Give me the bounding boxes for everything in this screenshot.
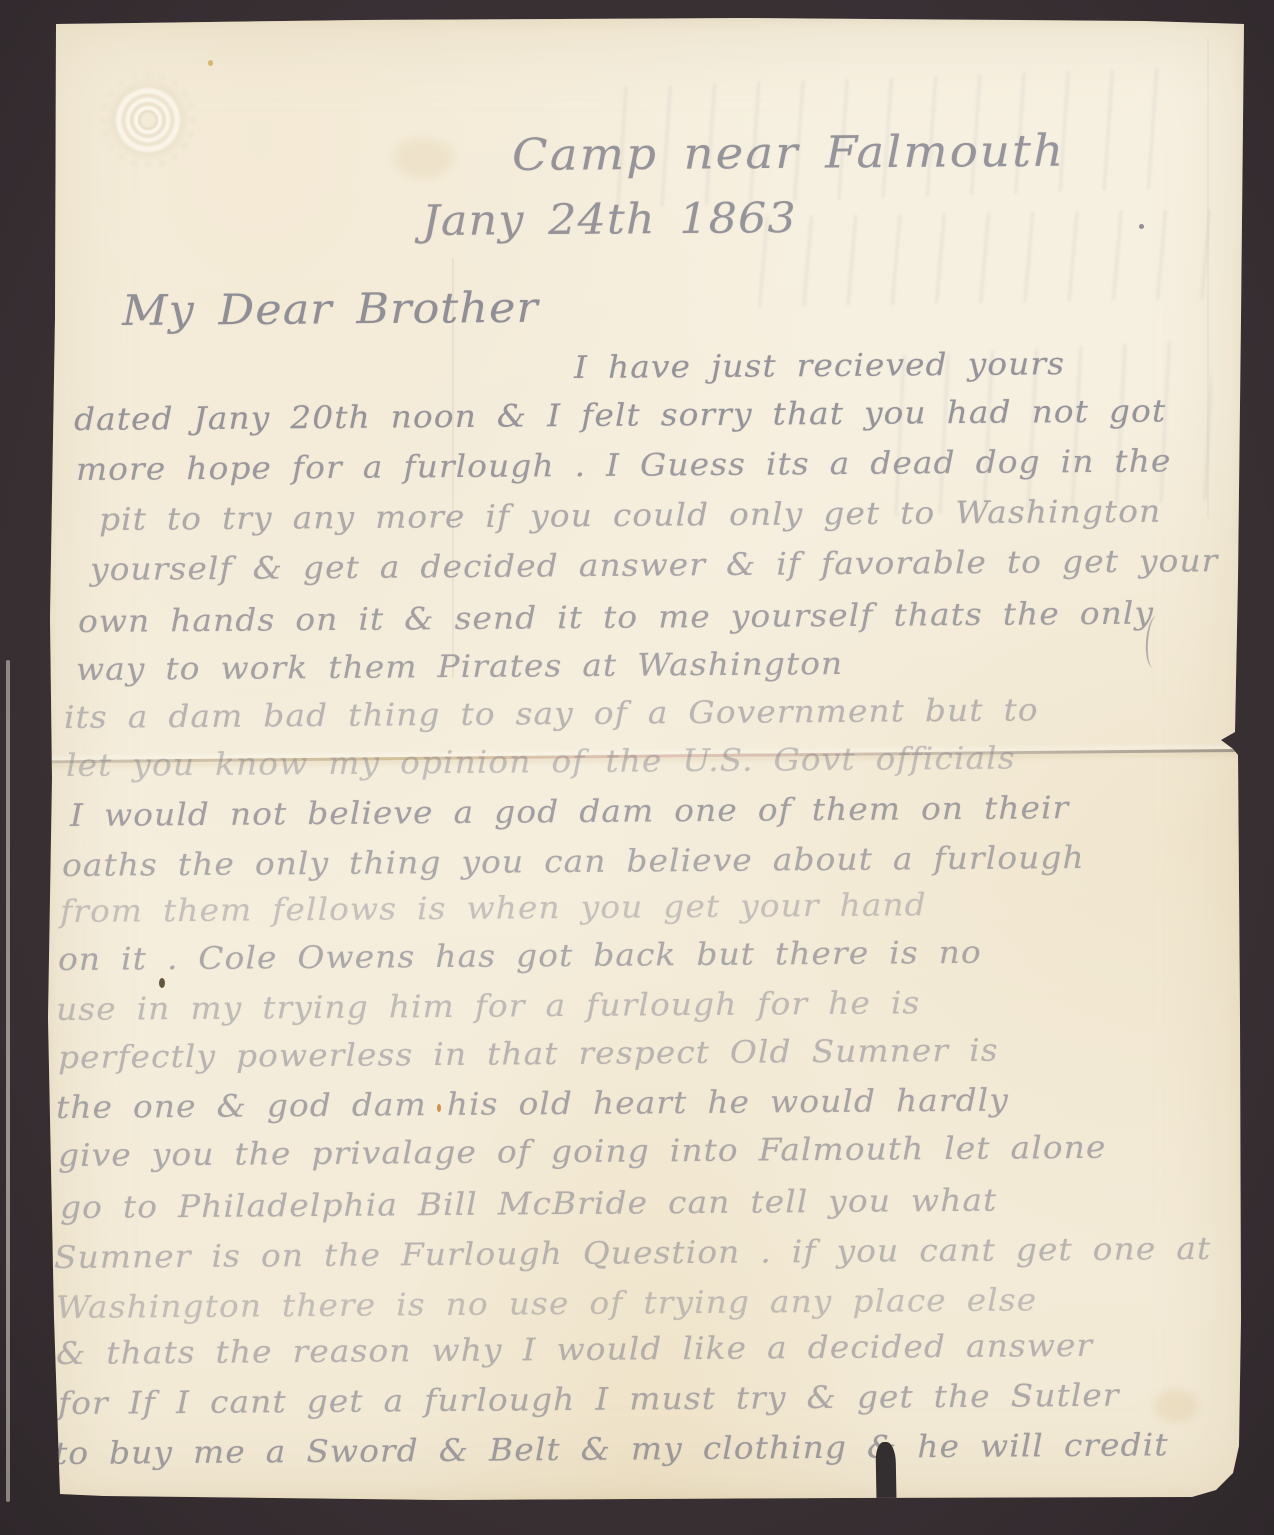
handwritten-line: Washington there is no use of trying any… [56,1282,1037,1326]
vertical-crease [1207,38,1209,518]
age-stain [394,138,454,178]
handwritten-line: I have just recieved yours [574,346,1065,386]
handwritten-line: from them fellows is when you get your h… [60,887,927,930]
handwritten-line: way to work them Pirates at Washington [76,646,844,688]
age-stain [1154,1390,1198,1422]
ink-bleedthrough [743,209,1214,307]
letter-heading-place: Camp near Falmouth [512,126,1066,181]
pencil-dot [1139,224,1144,229]
handwritten-line: give you the privalage of going into Fal… [58,1130,1107,1174]
handwritten-line: Sumner is on the Furlough Question . if … [54,1231,1211,1276]
handwritten-line: I would not believe a god dam one of the… [70,790,1070,834]
handwritten-line: go to Philadelphia Bill McBride can tell… [60,1183,998,1226]
handwritten-line: oaths the only thing you can believe abo… [62,840,1085,884]
handwritten-line: to buy me a Sword & Belt & my clothing &… [54,1427,1169,1472]
letter-page: Camp near Falmouth Jany 24th 1863 My Dea… [44,18,1246,1500]
handwritten-line: the one & god dam his old heart he would… [56,1083,1009,1126]
paper-speck [437,1104,441,1112]
handwritten-line: pit to try any more if you could only ge… [99,494,1162,538]
paper-speck [159,978,165,988]
handwritten-line: yourself & get a decided answer & if fav… [90,543,1219,588]
handwritten-line: own hands on it & send it to me yourself… [78,596,1154,640]
handwritten-line: for If I cant get a furlough I must try … [58,1378,1120,1422]
handwritten-line: its a dam bad thing to say of a Governme… [64,692,1039,736]
handwritten-line: on it . Cole Owens has got back but ther… [58,935,982,978]
handwritten-line: use in my trying him for a furlough for … [56,985,921,1028]
handwritten-line: & thats the reason why I would like a de… [56,1328,1094,1372]
letter-salutation: My Dear Brother [122,283,539,335]
embossed-stationery-seal-icon [100,72,196,168]
dark-notch-bottom-edge [875,1442,896,1502]
letter-heading-date: Jany 24th 1863 [422,193,797,245]
photo-edge-sliver [6,660,10,1502]
handwritten-line: let you know my opinion of the U.S. Govt… [66,741,1016,784]
paper-speck [208,60,213,66]
scan-background: { "document": { "type_label": "handwritt… [0,0,1274,1535]
handwritten-line: perfectly powerless in that respect Old … [58,1033,999,1076]
